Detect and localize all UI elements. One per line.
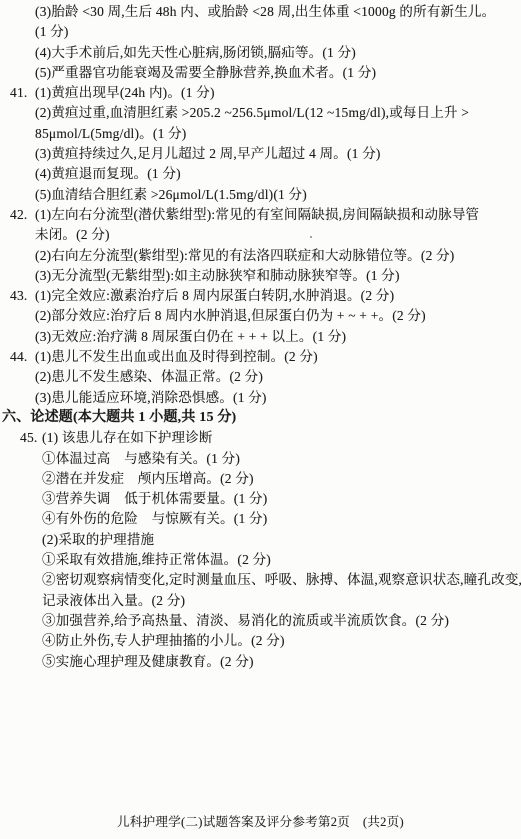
- text-line: (2)右向左分流型(紫绀型):常见的有法洛四联症和大动脉错位等。(2 分): [0, 246, 521, 266]
- text-line: 记录液体出入量。(2 分): [0, 591, 521, 611]
- text-line: (3)无效应:治疗满 8 周尿蛋白仍在 + + + 以上。(1 分): [0, 327, 521, 347]
- text-line: (5)血清结合胆红素 >26μmol/L(1.5mg/dl)(1 分): [0, 185, 521, 205]
- line-text: 记录液体出入量。(2 分): [42, 593, 185, 608]
- line-text: ④有外伤的危险 与惊厥有关。(1 分): [42, 511, 267, 526]
- line-text: ④防止外伤,专人护理抽搐的小儿。(2 分): [42, 633, 285, 648]
- question-number: 45.: [20, 428, 37, 448]
- line-text: ②密切观察病情变化,定时测量血压、呼吸、脉搏、体温,观察意识状态,瞳孔改变,: [42, 572, 521, 587]
- text-line: (2)患儿不发生感染、体温正常。(2 分): [0, 367, 521, 387]
- text-line: ①采取有效措施,维持正常体温。(2 分): [0, 550, 521, 570]
- text-line: 41.(1)黄疸出现早(24h 内)。(1 分): [0, 83, 521, 103]
- text-line: ④防止外伤,专人护理抽搐的小儿。(2 分): [0, 631, 521, 651]
- text-line: (2)采取的护理措施: [0, 530, 521, 550]
- question-number: 43.: [10, 286, 27, 306]
- line-text: (2)患儿不发生感染、体温正常。(2 分): [35, 369, 263, 384]
- text-line: 六、论述题(本大题共 1 小题,共 15 分): [0, 408, 521, 428]
- line-text: (2)采取的护理措施: [42, 532, 154, 547]
- line-text: ①体温过高 与感染有关。(1 分): [42, 451, 240, 466]
- text-line: (2)部分效应:治疗后 8 周内水肿消退,但尿蛋白仍为 + ~ + +。(2 分…: [0, 306, 521, 326]
- text-line: 42.(1)左向右分流型(潜伏紫绀型):常见的有室间隔缺损,房间隔缺损和动脉导管: [0, 205, 521, 225]
- line-text: (3)无分流型(无紫绀型):如主动脉狭窄和肺动脉狭窄等。(1 分): [35, 268, 400, 283]
- text-line: 43.(1)完全效应:激素治疗后 8 周内尿蛋白转阴,水肿消退。(2 分): [0, 286, 521, 306]
- text-line: (5)严重器官功能衰竭及需要全静脉营养,换血术者。(1 分): [0, 63, 521, 83]
- line-text: ③营养失调 低于机体需要量。(1 分): [42, 491, 267, 506]
- line-text: (3)患儿能适应环境,消除恐惧感。(1 分): [35, 390, 267, 405]
- text-line: (3)黄疸持续过久,足月儿超过 2 周,早产儿超过 4 周。(1 分): [0, 144, 521, 164]
- scan-artifact-dot: [310, 236, 312, 238]
- line-text: (3)无效应:治疗满 8 周尿蛋白仍在 + + + 以上。(1 分): [35, 329, 346, 344]
- text-line: ①体温过高 与感染有关。(1 分): [0, 449, 521, 469]
- line-text: ②潜在并发症 颅内压增高。(2 分): [42, 471, 254, 486]
- text-line: (3)无分流型(无紫绀型):如主动脉狭窄和肺动脉狭窄等。(1 分): [0, 266, 521, 286]
- line-text: (3)黄疸持续过久,足月儿超过 2 周,早产儿超过 4 周。(1 分): [35, 146, 381, 161]
- text-line: 85μmol/L(5mg/dl)。(1 分): [0, 124, 521, 144]
- line-text: 85μmol/L(5mg/dl)。(1 分): [35, 126, 187, 141]
- line-text: (2)部分效应:治疗后 8 周内水肿消退,但尿蛋白仍为 + ~ + +。(2 分…: [35, 308, 426, 323]
- text-line: (2)黄疸过重,血清胆红素 >205.2 ~256.5μmol/L(12 ~15…: [0, 103, 521, 123]
- text-line: ④有外伤的危险 与惊厥有关。(1 分): [0, 509, 521, 529]
- text-line: 45.(1) 该患儿存在如下护理诊断: [0, 428, 521, 448]
- text-line: ③营养失调 低于机体需要量。(1 分): [0, 489, 521, 509]
- text-line: 44.(1)患儿不发生出血或出血及时得到控制。(2 分): [0, 347, 521, 367]
- line-text: (5)严重器官功能衰竭及需要全静脉营养,换血术者。(1 分): [35, 65, 376, 80]
- line-text: (2)右向左分流型(紫绀型):常见的有法洛四联症和大动脉错位等。(2 分): [35, 248, 455, 263]
- text-line: ③加强营养,给予高热量、清淡、易消化的流质或半流质饮食。(2 分): [0, 611, 521, 631]
- line-text: (5)血清结合胆红素 >26μmol/L(1.5mg/dl)(1 分): [35, 187, 307, 202]
- text-line: ②潜在并发症 颅内压增高。(2 分): [0, 469, 521, 489]
- line-text: ⑤实施心理护理及健康教育。(2 分): [42, 654, 254, 669]
- document-body: (3)胎龄 <30 周,生后 48h 内、或胎龄 <28 周,出生体重 <100…: [0, 2, 521, 672]
- text-line: ②密切观察病情变化,定时测量血压、呼吸、脉搏、体温,观察意识状态,瞳孔改变,: [0, 570, 521, 590]
- scanned-answer-sheet-page: (3)胎龄 <30 周,生后 48h 内、或胎龄 <28 周,出生体重 <100…: [0, 0, 521, 839]
- line-text: ①采取有效措施,维持正常体温。(2 分): [42, 552, 271, 567]
- text-line: (4)大手术前后,如先天性心脏病,肠闭锁,膈疝等。(1 分): [0, 43, 521, 63]
- line-text: (4)黄疸退而复现。(1 分): [35, 166, 181, 181]
- text-line: (1 分): [0, 22, 521, 42]
- line-text: (3)胎龄 <30 周,生后 48h 内、或胎龄 <28 周,出生体重 <100…: [35, 4, 495, 19]
- line-text: 未闭。(2 分): [35, 227, 110, 242]
- line-text: (1)完全效应:激素治疗后 8 周内尿蛋白转阴,水肿消退。(2 分): [35, 288, 394, 303]
- text-line: (3)胎龄 <30 周,生后 48h 内、或胎龄 <28 周,出生体重 <100…: [0, 2, 521, 22]
- line-text: (1)患儿不发生出血或出血及时得到控制。(2 分): [35, 349, 318, 364]
- text-line: ⑤实施心理护理及健康教育。(2 分): [0, 652, 521, 672]
- line-text: ③加强营养,给予高热量、清淡、易消化的流质或半流质饮食。(2 分): [42, 613, 449, 628]
- line-text: (2)黄疸过重,血清胆红素 >205.2 ~256.5μmol/L(12 ~15…: [35, 105, 469, 120]
- text-line: (4)黄疸退而复现。(1 分): [0, 164, 521, 184]
- question-number: 44.: [10, 347, 27, 367]
- line-text: (4)大手术前后,如先天性心脏病,肠闭锁,膈疝等。(1 分): [35, 45, 356, 60]
- question-number: 42.: [10, 205, 27, 225]
- question-number: 41.: [10, 83, 27, 103]
- text-line: (3)患儿能适应环境,消除恐惧感。(1 分): [0, 388, 521, 408]
- line-text: (1) 该患儿存在如下护理诊断: [42, 430, 213, 445]
- line-text: (1 分): [35, 24, 69, 39]
- page-footer: 儿科护理学(二)试题答案及评分参考第2页 (共2页): [0, 812, 521, 830]
- line-text: (1)左向右分流型(潜伏紫绀型):常见的有室间隔缺损,房间隔缺损和动脉导管: [35, 207, 479, 222]
- line-text: (1)黄疸出现早(24h 内)。(1 分): [35, 85, 215, 100]
- line-text: 六、论述题(本大题共 1 小题,共 15 分): [2, 410, 236, 425]
- text-line: 未闭。(2 分): [0, 225, 521, 245]
